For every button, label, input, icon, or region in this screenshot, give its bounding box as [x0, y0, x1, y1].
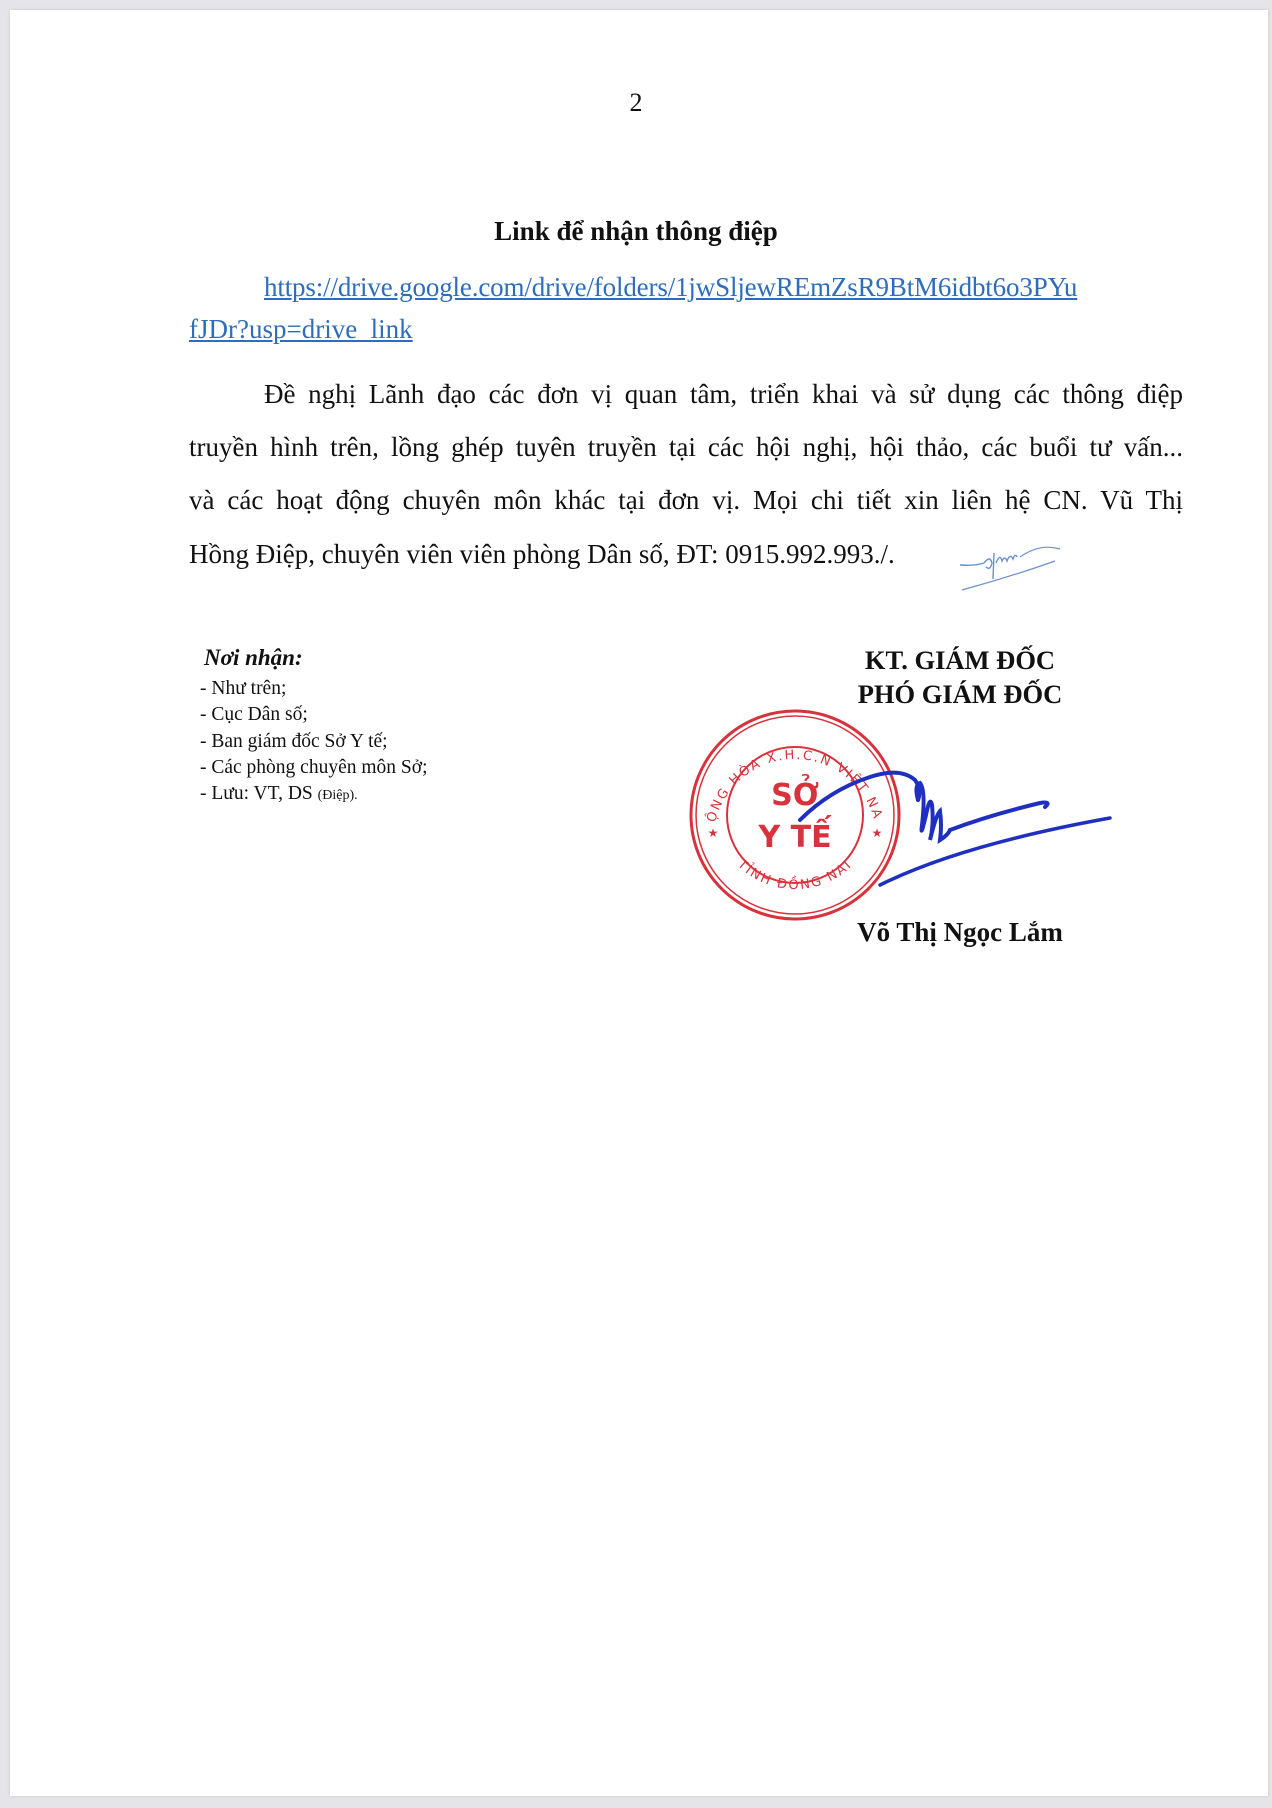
paragraph-line: và các hoạt động chuyên môn khác tại đơn… — [189, 485, 1183, 516]
initials-signature-icon — [950, 535, 1070, 595]
section-heading: Link để nhận thông điệp — [0, 216, 1272, 247]
paragraph-line-text: Đề nghị Lãnh đạo các đơn vị quan tâm, tr… — [264, 379, 1183, 410]
recipient-item: - Như trên; — [200, 678, 286, 700]
paragraph-line: Đề nghị Lãnh đạo các đơn vị quan tâm, tr… — [264, 379, 1183, 410]
paragraph-line-text: truyền hình trên, lồng ghép tuyên truyền… — [189, 432, 1183, 463]
paragraph-line: Hồng Điệp, chuyên viên viên phòng Dân số… — [189, 539, 895, 570]
paragraph-line-text: và các hoạt động chuyên môn khác tại đơn… — [189, 485, 1183, 516]
recipient-item: - Lưu: VT, DS (Điệp). — [200, 783, 358, 805]
page-number: 2 — [0, 88, 1272, 118]
paragraph-line: truyền hình trên, lồng ghép tuyên truyền… — [189, 432, 1183, 463]
recipient-item: - Ban giám đốc Sở Y tế; — [200, 731, 388, 753]
svg-text:★: ★ — [708, 826, 719, 840]
handwritten-signature-icon — [790, 745, 1120, 895]
recipient-item: - Các phòng chuyên môn Sở; — [200, 757, 428, 779]
recipients-title: Nơi nhận: — [204, 645, 303, 671]
signature-title-line-1: KT. GIÁM ĐỐC — [760, 645, 1160, 676]
paragraph-line-text: Hồng Điệp, chuyên viên viên phòng Dân số… — [189, 539, 895, 570]
recipient-item: - Cục Dân số; — [200, 704, 308, 726]
drive-link-line-2[interactable]: fJDr?usp=drive_link — [189, 314, 413, 345]
drive-link-line-1[interactable]: https://drive.google.com/drive/folders/1… — [264, 272, 1077, 303]
signer-name: Võ Thị Ngọc Lắm — [760, 917, 1160, 948]
